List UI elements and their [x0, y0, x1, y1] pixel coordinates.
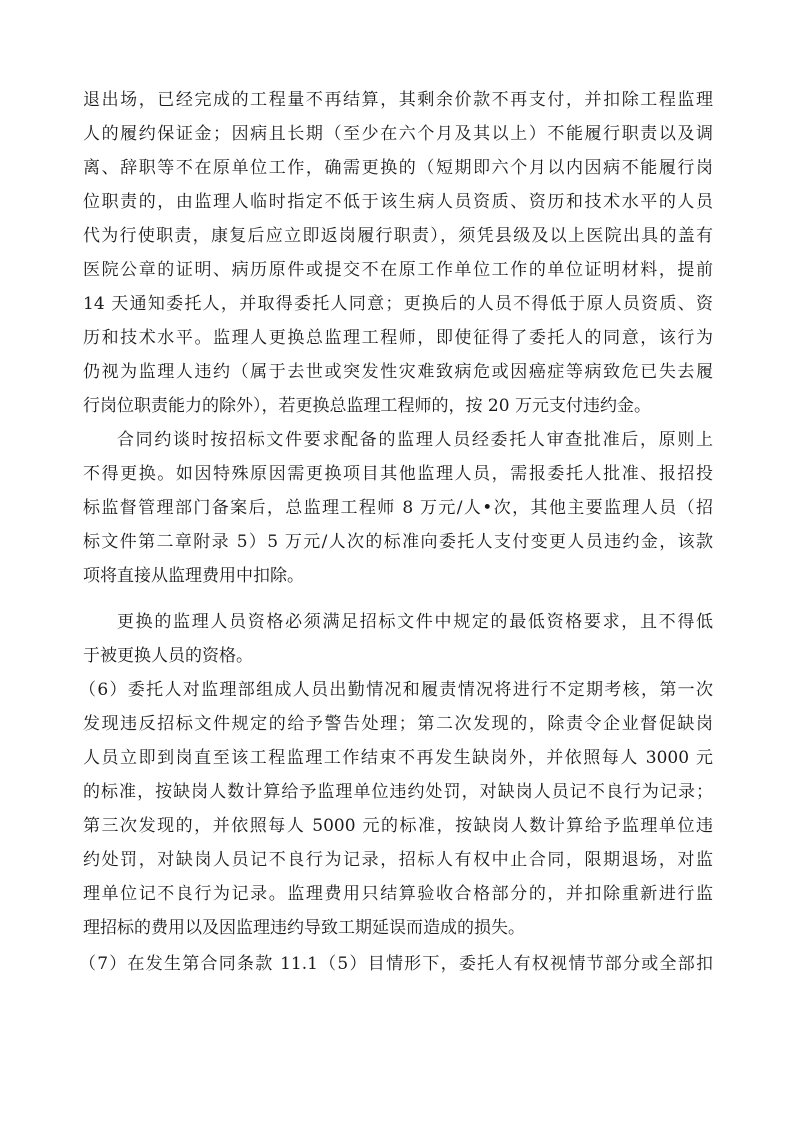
text-line: 发现违反招标文件规定的给予警告处理；第二次发现的，除责令企业督促缺岗	[83, 712, 713, 736]
text-line: 项将直接从监理费用中扣除。	[83, 564, 713, 588]
document-page: 退出场，已经完成的工程量不再结算，其剩余价款不再支付，并扣除工程监理 人的履约保…	[0, 0, 793, 1122]
text-line: 离、辞职等不在原单位工作，确需更换的（短期即六个月以内因病不能履行岗	[83, 156, 713, 180]
text-line: 标监督管理部门备案后，总监理工程师 8 万元/人•次，其他主要监理人员（招	[83, 496, 713, 520]
text-line: 医院公章的证明、病历原件或提交不在原工作单位工作的单位证明材料，提前	[83, 258, 713, 282]
text-line: 行岗位职责能力的除外），若更换总监理工程师的，按 20 万元支付违约金。	[83, 394, 713, 418]
text-line: 标文件第二章附录 5）5 万元/人次的标准向委托人支付变更人员违约金，该款	[83, 530, 713, 554]
text-line: （6）委托人对监理部组成人员出勤情况和履责情况将进行不定期考核，第一次	[79, 678, 713, 702]
text-line: 退出场，已经完成的工程量不再结算，其剩余价款不再支付，并扣除工程监理	[83, 88, 713, 112]
text-line: 历和技术水平。监理人更换总监理工程师，即使征得了委托人的同意，该行为	[83, 326, 713, 350]
text-line: 理招标的费用以及因监理违约导致工期延误而造成的损失。	[83, 916, 713, 940]
text-line: 的标准，按缺岗人数计算给予监理单位违约处罚，对缺岗人员记不良行为记录；	[83, 780, 713, 804]
text-line: 人的履约保证金；因病且长期（至少在六个月及其以上）不能履行职责以及调	[83, 122, 713, 146]
text-line: 约处罚，对缺岗人员记不良行为记录，招标人有权中止合同，限期退场，对监	[83, 848, 713, 872]
text-line: 代为行使职责，康复后应立即返岗履行职责），须凭县级及以上医院出具的盖有	[83, 224, 713, 248]
text-line: （7）在发生第合同条款 11.1（5）目情形下，委托人有权视情节部分或全部扣	[79, 952, 713, 976]
text-line: 位职责的，由监理人临时指定不低于该生病人员资质、资历和技术水平的人员	[83, 190, 713, 214]
text-line: 14 天通知委托人，并取得委托人同意；更换后的人员不得低于原人员资质、资	[83, 292, 713, 316]
text-line: 理单位记不良行为记录。监理费用只结算验收合格部分的，并扣除重新进行监	[83, 882, 713, 906]
text-line: 于被更换人员的资格。	[83, 644, 713, 668]
text-line: 不得更换。如因特殊原因需更换项目其他监理人员，需报委托人批准、报招投	[83, 462, 713, 486]
text-line: 合同约谈时按招标文件要求配备的监理人员经委托人审查批准后，原则上	[117, 428, 713, 452]
text-line: 人员立即到岗直至该工程监理工作结束不再发生缺岗外，并依照每人 3000 元	[83, 746, 713, 770]
text-line: 第三次发现的，并依照每人 5000 元的标准，按缺岗人数计算给予监理单位违	[83, 814, 713, 838]
text-line: 更换的监理人员资格必须满足招标文件中规定的最低资格要求，且不得低	[117, 610, 713, 634]
text-line: 仍视为监理人违约（属于去世或突发性灾难致病危或因癌症等病致危已失去履	[83, 360, 713, 384]
